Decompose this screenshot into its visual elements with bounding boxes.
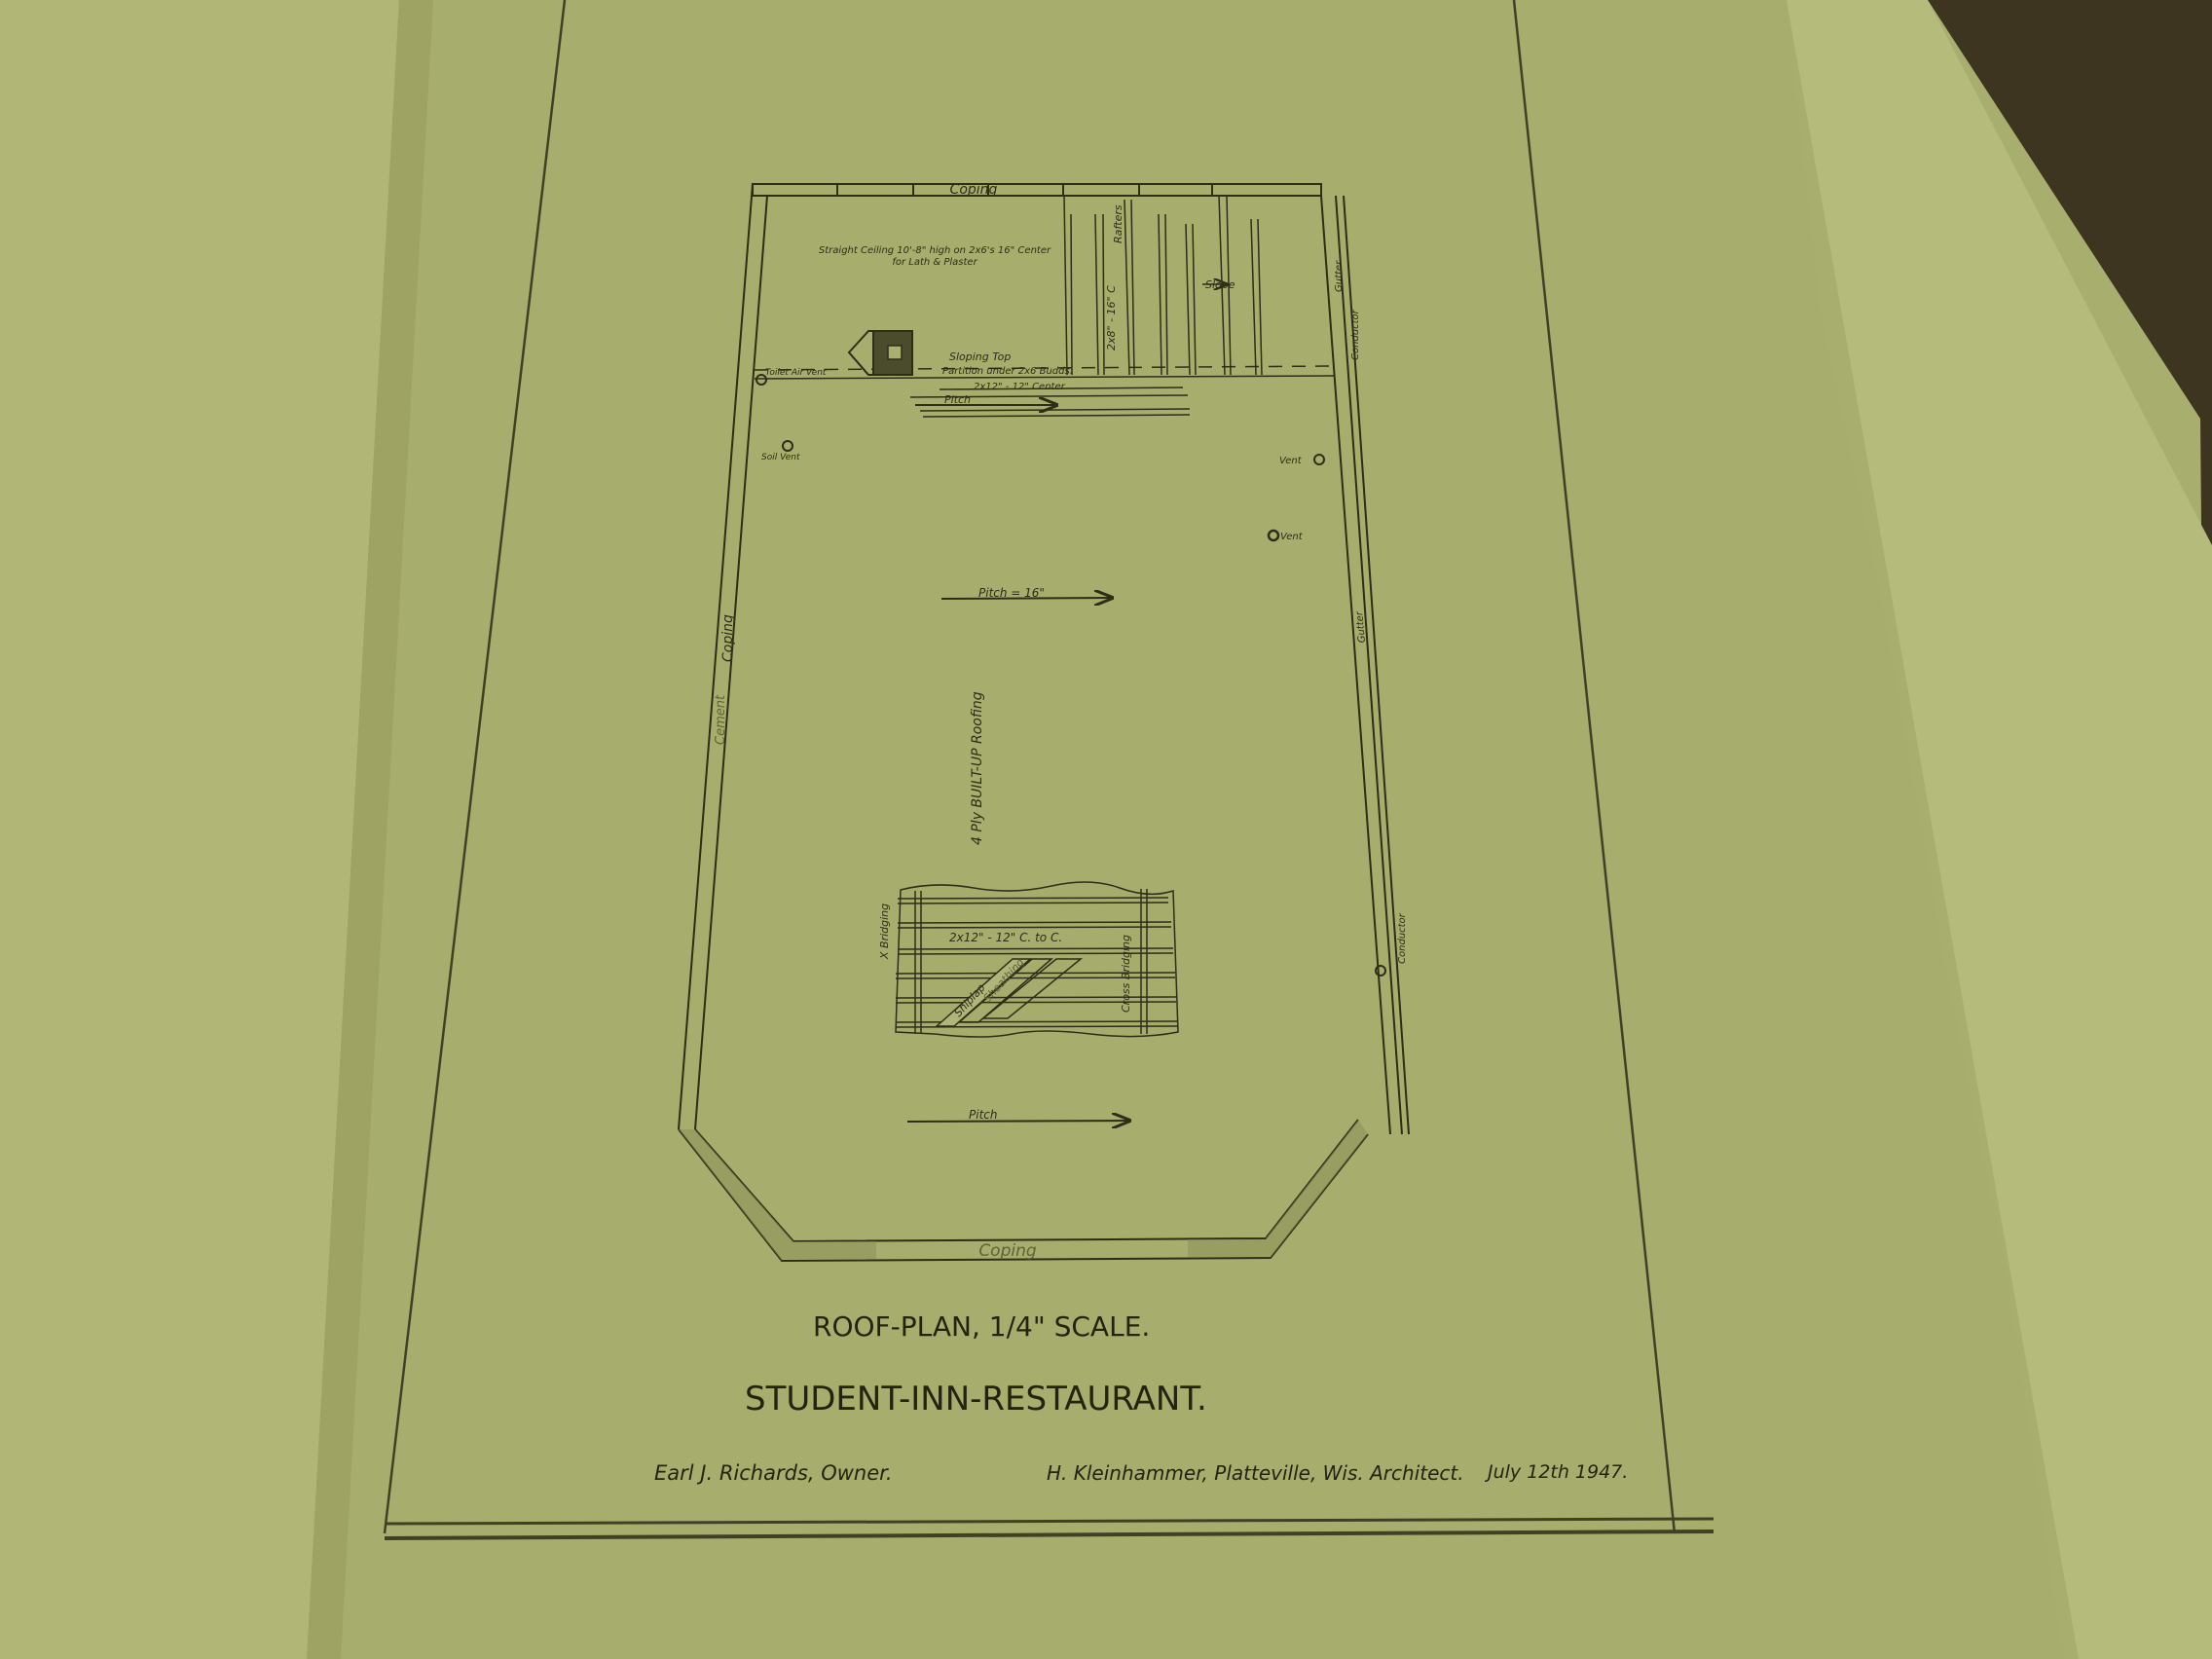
cement-left-label: Cement <box>714 694 728 745</box>
coping-left-label: Coping <box>720 614 736 662</box>
owner-credit: Earl J. Richards, Owner. <box>654 1461 893 1485</box>
gutter-right-label: Gutter <box>1354 610 1368 644</box>
pitch-bottom-label: Pitch <box>969 1108 997 1122</box>
pitch-mid-label: Pitch = 16" <box>978 586 1045 600</box>
sloping-top-label: Sloping Top <box>949 350 1011 363</box>
gutter-top-label: Gutter <box>1334 260 1345 292</box>
toilet-vent-label: Toilet Air Vent <box>765 368 827 378</box>
drawing-date: July 12th 1947. <box>1484 1461 1628 1483</box>
roofing-label: 4 Ply BUILT-UP Roofing <box>970 691 985 845</box>
conductor-right-label: Conductor <box>1397 912 1408 964</box>
architect-credit: H. Kleinhammer, Platteville, Wis. Archit… <box>1047 1461 1464 1485</box>
x-bridging-label: X Bridging <box>878 903 891 960</box>
vent-label-1: Vent <box>1279 456 1303 466</box>
coping-top-label: Coping <box>950 182 998 198</box>
cross-bridging-label: Cross Bridging <box>1120 935 1132 1013</box>
detail-joists-label: 2x12" - 12" C. to C. <box>949 931 1062 944</box>
coping-bottom-label: Coping <box>978 1241 1037 1261</box>
annotation-svg: Coping Straight Ceiling 10'-8" high on 2… <box>0 0 2212 1659</box>
partition-label: Partition under 2x6 Budds. <box>942 366 1073 377</box>
joists-top-label: 2x12" - 12" Center <box>974 382 1066 392</box>
project-name: STUDENT-INN-RESTAURANT. <box>745 1380 1207 1419</box>
shiplap-label: Shiplap <box>952 981 988 1019</box>
sheathing-label: Sheathing <box>981 956 1027 1005</box>
drawing-title: ROOF-PLAN, 1/4" SCALE. <box>813 1310 1150 1343</box>
ceiling-note-2: for Lath & Plaster <box>892 257 977 268</box>
slope-label: Slope <box>1205 278 1235 291</box>
rafters-label: Rafters <box>1112 204 1124 243</box>
annotation-layer: Coping Straight Ceiling 10'-8" high on 2… <box>0 0 2212 1659</box>
pitch-top-label: Pitch <box>944 393 971 406</box>
vent-label-2: Vent <box>1280 532 1304 542</box>
soil-vent-label: Soil Vent <box>761 453 800 462</box>
conductor-top-label: Conductor <box>1350 309 1361 360</box>
ceiling-note-1: Straight Ceiling 10'-8" high on 2x6's 16… <box>819 245 1051 256</box>
rafter-spacing-label: 2x8" - 16" C <box>1105 285 1118 350</box>
